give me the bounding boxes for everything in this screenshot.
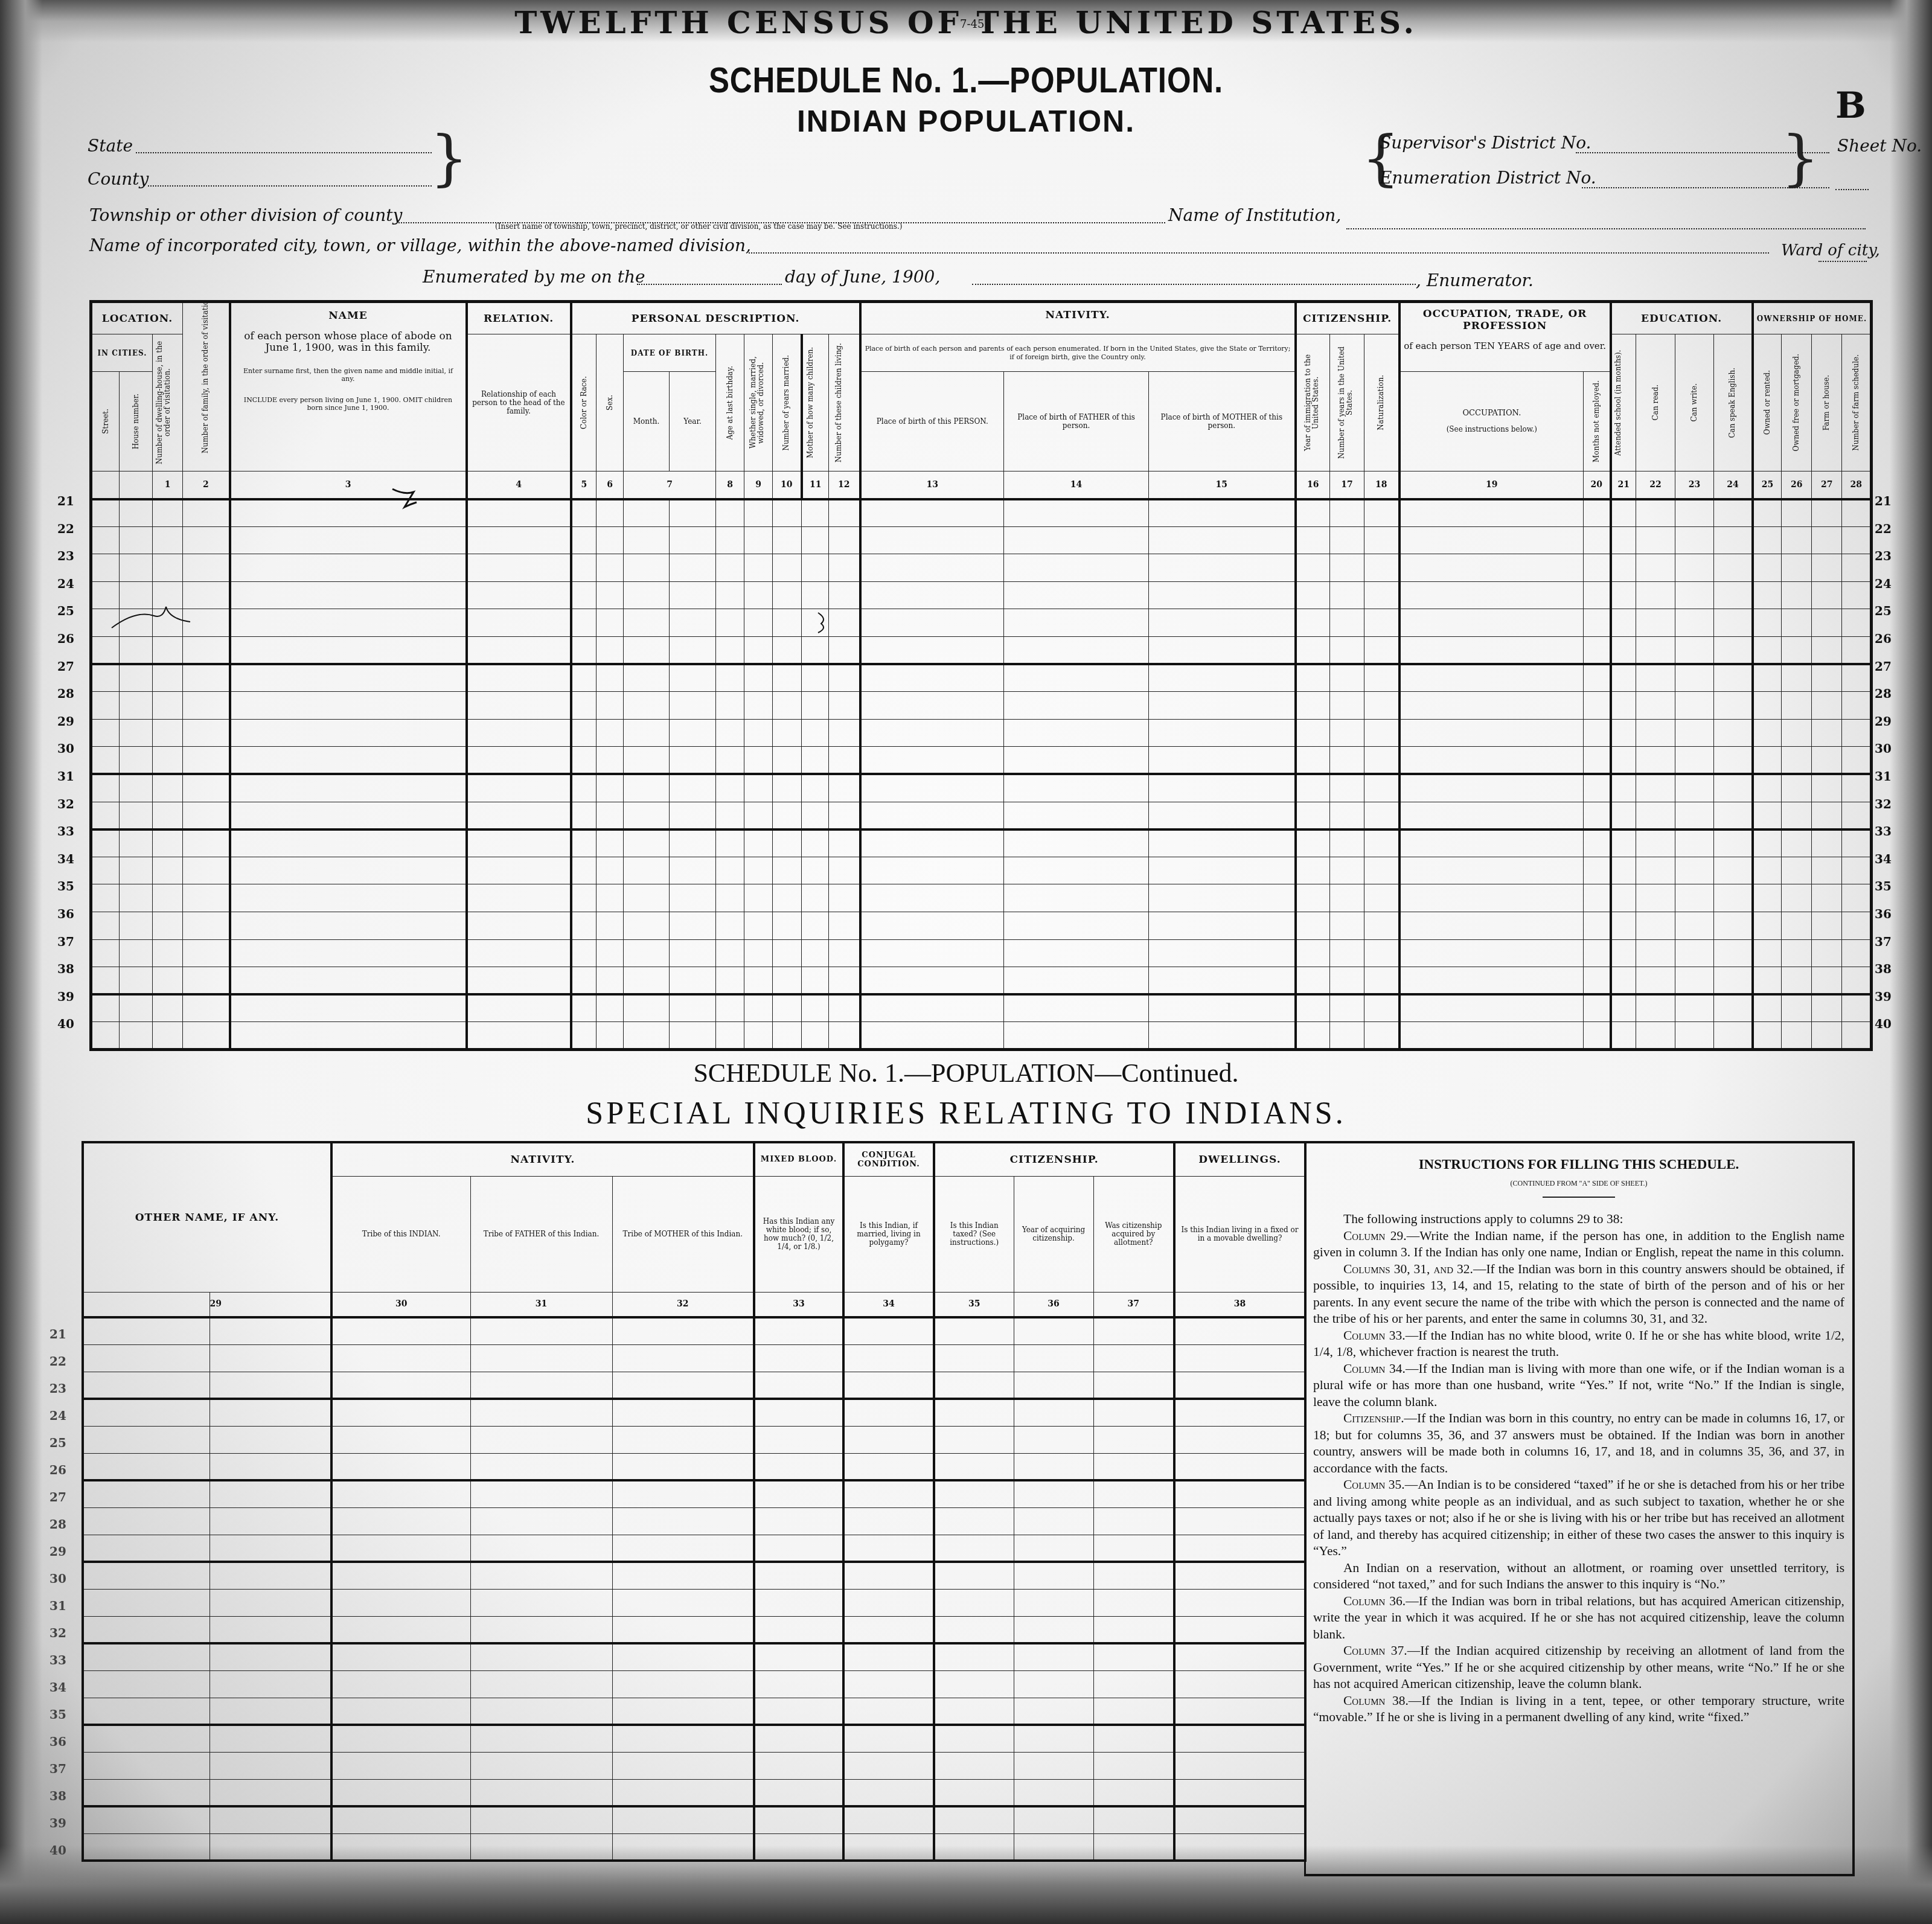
entry-cell[interactable] bbox=[670, 884, 716, 912]
entry-cell[interactable] bbox=[1399, 829, 1584, 857]
entry-cell[interactable] bbox=[1675, 581, 1714, 609]
entry-cell[interactable] bbox=[754, 1317, 843, 1344]
entry-cell[interactable] bbox=[153, 994, 183, 1022]
entry-cell[interactable] bbox=[91, 747, 120, 775]
entry-cell[interactable] bbox=[1364, 829, 1399, 857]
entry-cell[interactable] bbox=[716, 912, 744, 939]
entry-cell[interactable] bbox=[597, 664, 624, 692]
entry-cell[interactable] bbox=[1296, 939, 1330, 967]
entry-cell[interactable] bbox=[773, 499, 802, 527]
entry-cell[interactable] bbox=[597, 802, 624, 829]
entry-cell[interactable] bbox=[470, 1344, 612, 1372]
entry-cell[interactable] bbox=[470, 1643, 612, 1670]
entry-cell[interactable] bbox=[91, 939, 120, 967]
entry-cell[interactable] bbox=[934, 1453, 1014, 1480]
entry-cell[interactable] bbox=[1636, 967, 1675, 995]
entry-cell[interactable] bbox=[1364, 609, 1399, 637]
entry-cell[interactable] bbox=[624, 747, 670, 775]
entry-cell[interactable] bbox=[571, 719, 597, 747]
entry-cell[interactable] bbox=[1812, 994, 1842, 1022]
entry-cell[interactable] bbox=[829, 636, 860, 664]
entry-cell[interactable] bbox=[744, 912, 773, 939]
entry-cell[interactable] bbox=[1842, 829, 1872, 857]
entry-cell[interactable] bbox=[91, 499, 120, 527]
entry-cell[interactable] bbox=[1364, 802, 1399, 829]
entry-cell[interactable] bbox=[860, 747, 1004, 775]
entry-cell[interactable] bbox=[1842, 884, 1872, 912]
entry-cell[interactable] bbox=[1675, 967, 1714, 995]
entry-cell[interactable] bbox=[1093, 1535, 1174, 1562]
entry-cell[interactable] bbox=[1004, 857, 1149, 884]
entry-cell[interactable] bbox=[1296, 664, 1330, 692]
entry-cell[interactable] bbox=[624, 499, 670, 527]
entry-cell[interactable] bbox=[934, 1616, 1014, 1643]
entry-cell[interactable] bbox=[1636, 554, 1675, 582]
entry-cell[interactable] bbox=[1399, 939, 1584, 967]
entry-cell[interactable] bbox=[1296, 692, 1330, 720]
entry-cell[interactable] bbox=[1093, 1562, 1174, 1589]
entry-cell[interactable] bbox=[1296, 581, 1330, 609]
entry-cell[interactable] bbox=[1782, 884, 1812, 912]
entry-cell[interactable] bbox=[1004, 829, 1149, 857]
entry-cell[interactable] bbox=[1584, 554, 1611, 582]
entry-cell[interactable] bbox=[1714, 884, 1753, 912]
entry-cell[interactable] bbox=[1330, 554, 1364, 582]
entry-cell[interactable] bbox=[754, 1372, 843, 1399]
entry-cell[interactable] bbox=[1296, 636, 1330, 664]
entry-cell[interactable] bbox=[1714, 994, 1753, 1022]
entry-cell[interactable] bbox=[470, 1562, 612, 1589]
entry-cell[interactable] bbox=[624, 967, 670, 995]
entry-cell[interactable] bbox=[802, 499, 829, 527]
entry-cell[interactable] bbox=[183, 499, 230, 527]
entry-cell[interactable] bbox=[467, 526, 571, 554]
entry-cell[interactable] bbox=[1296, 747, 1330, 775]
entry-cell[interactable] bbox=[230, 554, 467, 582]
entry-cell[interactable] bbox=[183, 829, 230, 857]
entry-cell[interactable] bbox=[773, 719, 802, 747]
entry-cell[interactable] bbox=[754, 1698, 843, 1725]
entry-cell[interactable] bbox=[1174, 1643, 1305, 1670]
entry-cell[interactable] bbox=[1753, 939, 1782, 967]
entry-cell[interactable] bbox=[1611, 719, 1636, 747]
entry-cell[interactable] bbox=[1753, 912, 1782, 939]
entry-cell[interactable] bbox=[1675, 692, 1714, 720]
entry-cell[interactable] bbox=[860, 636, 1004, 664]
entry-cell[interactable] bbox=[571, 829, 597, 857]
entry-cell[interactable] bbox=[1584, 581, 1611, 609]
entry-cell[interactable] bbox=[1675, 774, 1714, 802]
entry-cell[interactable] bbox=[1611, 884, 1636, 912]
entry-cell[interactable] bbox=[1093, 1698, 1174, 1725]
entry-cell[interactable] bbox=[716, 802, 744, 829]
entry-cell[interactable] bbox=[843, 1372, 934, 1399]
entry-cell[interactable] bbox=[1296, 554, 1330, 582]
entry-cell[interactable] bbox=[934, 1344, 1014, 1372]
entry-cell[interactable] bbox=[1399, 802, 1584, 829]
entry-cell[interactable] bbox=[1174, 1833, 1305, 1861]
entry-cell[interactable] bbox=[1004, 554, 1149, 582]
entry-cell[interactable] bbox=[1636, 774, 1675, 802]
entry-cell[interactable] bbox=[860, 774, 1004, 802]
entry-cell[interactable] bbox=[571, 636, 597, 664]
entry-cell[interactable] bbox=[467, 939, 571, 967]
entry-cell[interactable] bbox=[210, 1589, 331, 1616]
entry-cell[interactable] bbox=[1004, 526, 1149, 554]
entry-cell[interactable] bbox=[1842, 857, 1872, 884]
entry-cell[interactable] bbox=[331, 1426, 470, 1453]
entry-cell[interactable] bbox=[1174, 1399, 1305, 1426]
entry-cell[interactable] bbox=[843, 1507, 934, 1535]
entry-cell[interactable] bbox=[153, 499, 183, 527]
entry-cell[interactable] bbox=[1636, 857, 1675, 884]
entry-cell[interactable] bbox=[120, 802, 153, 829]
entry-cell[interactable] bbox=[1584, 994, 1611, 1022]
entry-cell[interactable] bbox=[1782, 499, 1812, 527]
entry-cell[interactable] bbox=[744, 857, 773, 884]
entry-cell[interactable] bbox=[934, 1480, 1014, 1507]
entry-cell[interactable] bbox=[153, 664, 183, 692]
entry-cell[interactable] bbox=[829, 967, 860, 995]
entry-cell[interactable] bbox=[1330, 802, 1364, 829]
entry-cell[interactable] bbox=[331, 1344, 470, 1372]
entry-cell[interactable] bbox=[1675, 994, 1714, 1022]
entry-cell[interactable] bbox=[1364, 857, 1399, 884]
entry-cell[interactable] bbox=[624, 884, 670, 912]
entry-cell[interactable] bbox=[829, 609, 860, 637]
entry-cell[interactable] bbox=[1584, 1022, 1611, 1050]
entry-cell[interactable] bbox=[1149, 554, 1296, 582]
entry-cell[interactable] bbox=[829, 884, 860, 912]
entry-cell[interactable] bbox=[1296, 884, 1330, 912]
entry-cell[interactable] bbox=[829, 774, 860, 802]
entry-cell[interactable] bbox=[670, 719, 716, 747]
entry-cell[interactable] bbox=[1636, 802, 1675, 829]
entry-cell[interactable] bbox=[83, 1806, 210, 1833]
entry-cell[interactable] bbox=[120, 554, 153, 582]
entry-cell[interactable] bbox=[934, 1806, 1014, 1833]
entry-cell[interactable] bbox=[1399, 1022, 1584, 1050]
entry-cell[interactable] bbox=[183, 967, 230, 995]
entry-cell[interactable] bbox=[1149, 774, 1296, 802]
entry-cell[interactable] bbox=[1636, 912, 1675, 939]
entry-cell[interactable] bbox=[1714, 939, 1753, 967]
entry-cell[interactable] bbox=[1093, 1507, 1174, 1535]
entry-cell[interactable] bbox=[467, 719, 571, 747]
entry-cell[interactable] bbox=[843, 1806, 934, 1833]
entry-cell[interactable] bbox=[597, 994, 624, 1022]
entry-cell[interactable] bbox=[1004, 664, 1149, 692]
entry-cell[interactable] bbox=[1753, 747, 1782, 775]
entry-cell[interactable] bbox=[1611, 499, 1636, 527]
entry-cell[interactable] bbox=[1611, 636, 1636, 664]
entry-cell[interactable] bbox=[802, 719, 829, 747]
entry-cell[interactable] bbox=[829, 554, 860, 582]
entry-cell[interactable] bbox=[1636, 609, 1675, 637]
entry-cell[interactable] bbox=[183, 719, 230, 747]
entry-cell[interactable] bbox=[1014, 1535, 1093, 1562]
entry-cell[interactable] bbox=[210, 1507, 331, 1535]
entry-cell[interactable] bbox=[210, 1779, 331, 1806]
entry-cell[interactable] bbox=[754, 1833, 843, 1861]
entry-cell[interactable] bbox=[1753, 526, 1782, 554]
entry-cell[interactable] bbox=[571, 939, 597, 967]
entry-cell[interactable] bbox=[230, 857, 467, 884]
entry-cell[interactable] bbox=[773, 829, 802, 857]
entry-cell[interactable] bbox=[843, 1317, 934, 1344]
entry-cell[interactable] bbox=[1004, 912, 1149, 939]
entry-cell[interactable] bbox=[1782, 1022, 1812, 1050]
entry-cell[interactable] bbox=[773, 884, 802, 912]
entry-cell[interactable] bbox=[612, 1725, 754, 1752]
entry-cell[interactable] bbox=[934, 1752, 1014, 1779]
entry-cell[interactable] bbox=[1330, 912, 1364, 939]
entry-cell[interactable] bbox=[860, 692, 1004, 720]
entry-cell[interactable] bbox=[934, 1698, 1014, 1725]
entry-cell[interactable] bbox=[670, 581, 716, 609]
entry-cell[interactable] bbox=[1675, 609, 1714, 637]
entry-cell[interactable] bbox=[597, 581, 624, 609]
entry-cell[interactable] bbox=[1330, 581, 1364, 609]
entry-cell[interactable] bbox=[120, 526, 153, 554]
entry-cell[interactable] bbox=[829, 857, 860, 884]
entry-cell[interactable] bbox=[754, 1426, 843, 1453]
entry-cell[interactable] bbox=[210, 1453, 331, 1480]
entry-cell[interactable] bbox=[1364, 884, 1399, 912]
entry-cell[interactable] bbox=[83, 1833, 210, 1861]
entry-cell[interactable] bbox=[773, 994, 802, 1022]
entry-cell[interactable] bbox=[802, 636, 829, 664]
entry-cell[interactable] bbox=[1782, 802, 1812, 829]
entry-cell[interactable] bbox=[1842, 802, 1872, 829]
entry-cell[interactable] bbox=[467, 692, 571, 720]
entry-cell[interactable] bbox=[802, 802, 829, 829]
entry-cell[interactable] bbox=[1399, 884, 1584, 912]
entry-cell[interactable] bbox=[1364, 554, 1399, 582]
entry-cell[interactable] bbox=[1714, 829, 1753, 857]
entry-cell[interactable] bbox=[860, 554, 1004, 582]
entry-cell[interactable] bbox=[1364, 499, 1399, 527]
entry-cell[interactable] bbox=[1330, 719, 1364, 747]
entry-cell[interactable] bbox=[670, 664, 716, 692]
entry-cell[interactable] bbox=[1812, 967, 1842, 995]
entry-cell[interactable] bbox=[1714, 802, 1753, 829]
entry-cell[interactable] bbox=[120, 499, 153, 527]
entry-cell[interactable] bbox=[773, 912, 802, 939]
entry-cell[interactable] bbox=[1812, 857, 1842, 884]
entry-cell[interactable] bbox=[1584, 719, 1611, 747]
entry-cell[interactable] bbox=[470, 1833, 612, 1861]
entry-cell[interactable] bbox=[716, 747, 744, 775]
entry-cell[interactable] bbox=[1364, 719, 1399, 747]
entry-cell[interactable] bbox=[1753, 554, 1782, 582]
entry-cell[interactable] bbox=[470, 1317, 612, 1344]
entry-cell[interactable] bbox=[1636, 692, 1675, 720]
entry-cell[interactable] bbox=[670, 554, 716, 582]
enumerator-name-field[interactable] bbox=[972, 284, 1416, 285]
entry-cell[interactable] bbox=[1014, 1616, 1093, 1643]
entry-cell[interactable] bbox=[153, 636, 183, 664]
entry-cell[interactable] bbox=[120, 884, 153, 912]
entry-cell[interactable] bbox=[773, 609, 802, 637]
entry-cell[interactable] bbox=[230, 747, 467, 775]
entry-cell[interactable] bbox=[624, 802, 670, 829]
entry-cell[interactable] bbox=[1014, 1562, 1093, 1589]
entry-cell[interactable] bbox=[1753, 967, 1782, 995]
entry-cell[interactable] bbox=[843, 1480, 934, 1507]
entry-cell[interactable] bbox=[91, 884, 120, 912]
entry-cell[interactable] bbox=[744, 939, 773, 967]
entry-cell[interactable] bbox=[1812, 554, 1842, 582]
entry-cell[interactable] bbox=[624, 554, 670, 582]
entry-cell[interactable] bbox=[210, 1806, 331, 1833]
entry-cell[interactable] bbox=[1675, 939, 1714, 967]
entry-cell[interactable] bbox=[1174, 1752, 1305, 1779]
entry-cell[interactable] bbox=[773, 554, 802, 582]
entry-cell[interactable] bbox=[1399, 636, 1584, 664]
entry-cell[interactable] bbox=[1611, 829, 1636, 857]
entry-cell[interactable] bbox=[843, 1535, 934, 1562]
entry-cell[interactable] bbox=[210, 1725, 331, 1752]
entry-cell[interactable] bbox=[670, 774, 716, 802]
entry-cell[interactable] bbox=[754, 1453, 843, 1480]
entry-cell[interactable] bbox=[210, 1562, 331, 1589]
entry-cell[interactable] bbox=[1812, 802, 1842, 829]
entry-cell[interactable] bbox=[934, 1535, 1014, 1562]
entry-cell[interactable] bbox=[597, 939, 624, 967]
entry-cell[interactable] bbox=[1399, 554, 1584, 582]
entry-cell[interactable] bbox=[153, 692, 183, 720]
entry-cell[interactable] bbox=[612, 1562, 754, 1589]
entry-cell[interactable] bbox=[153, 774, 183, 802]
entry-cell[interactable] bbox=[843, 1399, 934, 1426]
entry-cell[interactable] bbox=[1174, 1317, 1305, 1344]
entry-cell[interactable] bbox=[83, 1372, 210, 1399]
entry-cell[interactable] bbox=[1296, 526, 1330, 554]
entry-cell[interactable] bbox=[467, 857, 571, 884]
entry-cell[interactable] bbox=[1149, 994, 1296, 1022]
entry-cell[interactable] bbox=[153, 802, 183, 829]
entry-cell[interactable] bbox=[754, 1616, 843, 1643]
entry-cell[interactable] bbox=[1842, 939, 1872, 967]
entry-cell[interactable] bbox=[183, 939, 230, 967]
entry-cell[interactable] bbox=[934, 1725, 1014, 1752]
entry-cell[interactable] bbox=[331, 1480, 470, 1507]
entry-cell[interactable] bbox=[1611, 692, 1636, 720]
entry-cell[interactable] bbox=[1174, 1562, 1305, 1589]
entry-cell[interactable] bbox=[210, 1426, 331, 1453]
entry-cell[interactable] bbox=[1093, 1779, 1174, 1806]
entry-cell[interactable] bbox=[1812, 829, 1842, 857]
county-field[interactable] bbox=[148, 185, 432, 187]
entry-cell[interactable] bbox=[843, 1589, 934, 1616]
entry-cell[interactable] bbox=[1004, 719, 1149, 747]
entry-cell[interactable] bbox=[1014, 1372, 1093, 1399]
entry-cell[interactable] bbox=[1004, 692, 1149, 720]
entry-cell[interactable] bbox=[773, 939, 802, 967]
entry-cell[interactable] bbox=[1093, 1752, 1174, 1779]
entry-cell[interactable] bbox=[597, 1022, 624, 1050]
entry-cell[interactable] bbox=[1714, 967, 1753, 995]
entry-cell[interactable] bbox=[91, 554, 120, 582]
entry-cell[interactable] bbox=[773, 526, 802, 554]
entry-cell[interactable] bbox=[467, 802, 571, 829]
entry-cell[interactable] bbox=[802, 967, 829, 995]
entry-cell[interactable] bbox=[467, 581, 571, 609]
entry-cell[interactable] bbox=[843, 1453, 934, 1480]
entry-cell[interactable] bbox=[1149, 664, 1296, 692]
entry-cell[interactable] bbox=[829, 692, 860, 720]
entry-cell[interactable] bbox=[612, 1616, 754, 1643]
entry-cell[interactable] bbox=[1004, 499, 1149, 527]
entry-cell[interactable] bbox=[230, 802, 467, 829]
entry-cell[interactable] bbox=[829, 802, 860, 829]
entry-cell[interactable] bbox=[183, 664, 230, 692]
entry-cell[interactable] bbox=[1364, 692, 1399, 720]
entry-cell[interactable] bbox=[744, 884, 773, 912]
entry-cell[interactable] bbox=[1675, 526, 1714, 554]
entry-cell[interactable] bbox=[1399, 912, 1584, 939]
entry-cell[interactable] bbox=[1714, 857, 1753, 884]
entry-cell[interactable] bbox=[1753, 829, 1782, 857]
entry-cell[interactable] bbox=[1714, 609, 1753, 637]
entry-cell[interactable] bbox=[1174, 1453, 1305, 1480]
entry-cell[interactable] bbox=[571, 747, 597, 775]
entry-cell[interactable] bbox=[829, 939, 860, 967]
entry-cell[interactable] bbox=[934, 1317, 1014, 1344]
entry-cell[interactable] bbox=[1399, 994, 1584, 1022]
entry-cell[interactable] bbox=[670, 526, 716, 554]
entry-cell[interactable] bbox=[1714, 664, 1753, 692]
entry-cell[interactable] bbox=[1004, 884, 1149, 912]
entry-cell[interactable] bbox=[1399, 581, 1584, 609]
entry-cell[interactable] bbox=[860, 581, 1004, 609]
entry-cell[interactable] bbox=[802, 1022, 829, 1050]
entry-cell[interactable] bbox=[1812, 692, 1842, 720]
entry-cell[interactable] bbox=[1093, 1806, 1174, 1833]
entry-cell[interactable] bbox=[1611, 774, 1636, 802]
entry-cell[interactable] bbox=[802, 692, 829, 720]
entry-cell[interactable] bbox=[1174, 1616, 1305, 1643]
entry-cell[interactable] bbox=[230, 884, 467, 912]
entry-cell[interactable] bbox=[470, 1399, 612, 1426]
entry-cell[interactable] bbox=[754, 1806, 843, 1833]
entry-cell[interactable] bbox=[1093, 1453, 1174, 1480]
entry-cell[interactable] bbox=[802, 994, 829, 1022]
entry-cell[interactable] bbox=[744, 609, 773, 637]
entry-cell[interactable] bbox=[1149, 857, 1296, 884]
entry-cell[interactable] bbox=[230, 719, 467, 747]
entry-cell[interactable] bbox=[860, 664, 1004, 692]
entry-cell[interactable] bbox=[1364, 994, 1399, 1022]
entry-cell[interactable] bbox=[183, 692, 230, 720]
entry-cell[interactable] bbox=[1399, 774, 1584, 802]
entry-cell[interactable] bbox=[1675, 636, 1714, 664]
entry-cell[interactable] bbox=[91, 636, 120, 664]
entry-cell[interactable] bbox=[1611, 802, 1636, 829]
entry-cell[interactable] bbox=[183, 526, 230, 554]
entry-cell[interactable] bbox=[230, 581, 467, 609]
entry-cell[interactable] bbox=[571, 994, 597, 1022]
entry-cell[interactable] bbox=[624, 581, 670, 609]
entry-cell[interactable] bbox=[1330, 774, 1364, 802]
entry-cell[interactable] bbox=[1753, 636, 1782, 664]
entry-cell[interactable] bbox=[1714, 719, 1753, 747]
entry-cell[interactable] bbox=[83, 1616, 210, 1643]
entry-cell[interactable] bbox=[1014, 1670, 1093, 1698]
entry-cell[interactable] bbox=[1611, 581, 1636, 609]
entry-cell[interactable] bbox=[91, 802, 120, 829]
